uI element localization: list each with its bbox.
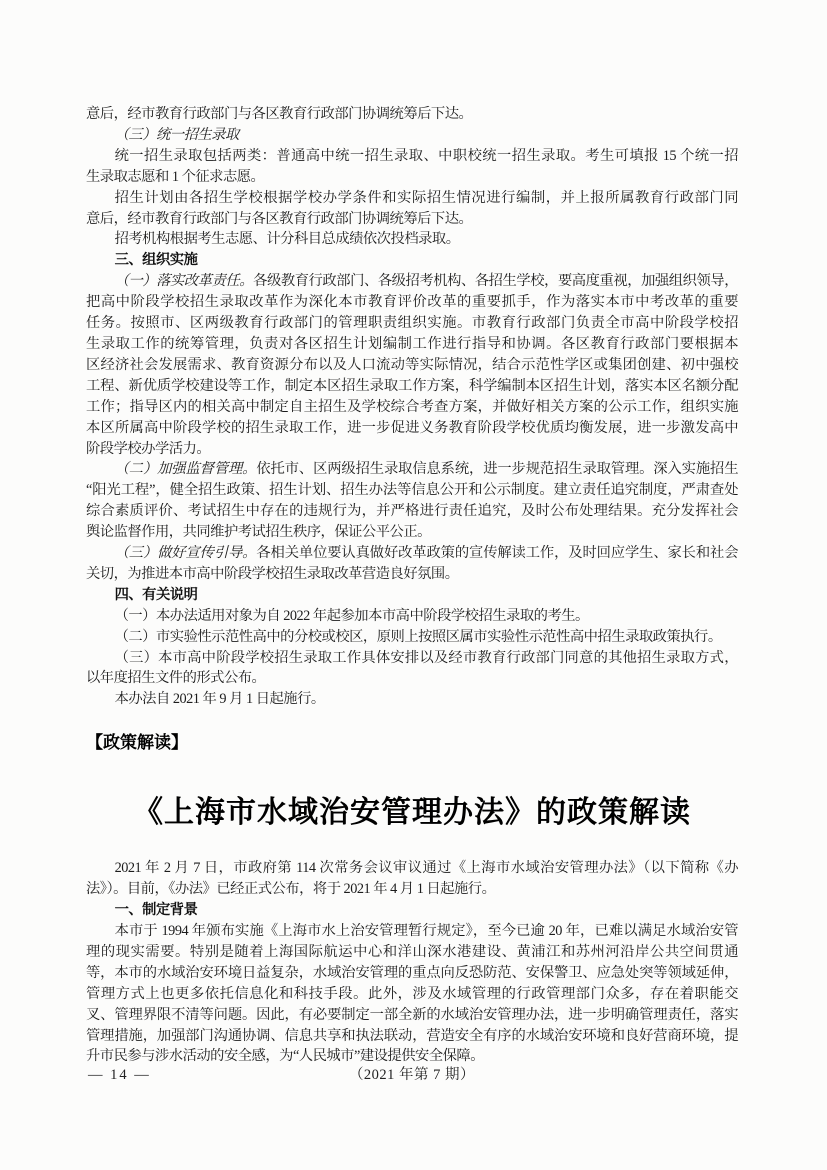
text-line: 综合素质评价、考试招生中存在的违规行为，并严格进行责任追究，及时公布处理结果。充… <box>86 501 738 522</box>
paragraph: 招考机构根据考生志愿、计分科目总成绩依次投档录取。 <box>86 229 738 250</box>
text-line: 意后，经市教育行政部门与各区教育行政部门协调统筹后下达。 <box>86 209 738 230</box>
page-number: — 14 — <box>88 1065 151 1086</box>
text-line: 管理措施，加强部门沟通协调、信息共享和执法联动，营造安全有序的水域治安环境和良好… <box>86 1026 738 1047</box>
text-line: （三）本市高中阶段学校招生录取工作具体安排以及经市教育行政部门同意的其他招生录取… <box>86 648 738 669</box>
paragraph: 一、制定背景 <box>86 900 738 921</box>
text-line: 法》）。目前，《办法》已经正式公布，将于 2021 年 4 月 1 日起施行。 <box>86 879 738 900</box>
paragraph: （一）落实改革责任。各级教育行政部门、各级招考机构、各招生学校，要高度重视，加强… <box>86 271 738 459</box>
text-line: 招考机构根据考生志愿、计分科目总成绩依次投档录取。 <box>86 229 738 250</box>
text-line: 生录取志愿和 1 个征求志愿。 <box>86 167 738 188</box>
paragraph: 2021 年 2 月 7 日，市政府第 114 次常务会议审议通过《上海市水域治… <box>86 858 738 900</box>
paragraph: 招生计划由各招生学校根据学校办学条件和实际招生情况进行编制，并上报所属教育行政部… <box>86 188 738 230</box>
text-line: 工作；指导区内的相关高中制定自主招生及学校综合考查方案，并做好相关方案的公示工作… <box>86 397 738 418</box>
document-page: 意后，经市教育行政部门与各区教育行政部门协调统筹后下达。（三）统一招生录取统一招… <box>0 0 827 1170</box>
text-line: 管理方式上也更多依托信息化和科技手段。此外，涉及水域管理的行政管理部门众多，存在… <box>86 984 738 1005</box>
text-line: 理的现实需要。特别是随着上海国际航运中心和洋山深水港建设、黄浦江和苏州河沿岸公共… <box>86 942 738 963</box>
text-line: 四、有关说明 <box>86 585 738 606</box>
text-line: （二）加强监督管理。依托市、区两级招生录取信息系统，进一步规范招生录取管理。深入… <box>86 459 738 480</box>
paragraph: 意后，经市教育行政部门与各区教育行政部门协调统筹后下达。 <box>86 104 738 125</box>
paragraph: （二）市实验性示范性高中的分校或校区，原则上按照区属市实验性示范性高中招生录取政… <box>86 627 738 648</box>
text-line: （二）市实验性示范性高中的分校或校区，原则上按照区属市实验性示范性高中招生录取政… <box>86 627 738 648</box>
paragraph: 本市于 1994 年颁布实施《上海市水上治安管理暂行规定》，至今已逾 20 年，… <box>86 921 738 1067</box>
text-line: 舆论监督作用，共同维护考试招生秩序，保证公平公正。 <box>86 522 738 543</box>
article-policy-interpretation: 《上海市水域治安管理办法》的政策解读 2021 年 2 月 7 日，市政府第 1… <box>86 795 738 1067</box>
text-line: 一、制定背景 <box>86 900 738 921</box>
text-line: 叉、管理界限不清等问题。因此，有必要制定一部全新的水域治安管理办法，进一步明确管… <box>86 1005 738 1026</box>
text-line: 生录取工作的统筹管理，负责对各区招生计划编制工作进行指导和协调。各区教育行政部门… <box>86 334 738 355</box>
kai-lead: （一）落实改革责任。 <box>115 273 254 289</box>
article-body: 2021 年 2 月 7 日，市政府第 114 次常务会议审议通过《上海市水域治… <box>86 858 738 1067</box>
text-line: 本办法自 2021 年 9 月 1 日起施行。 <box>86 689 738 710</box>
text-line: 统一招生录取包括两类：普通高中统一招生录取、中职校统一招生录取。考生可填报 15… <box>86 146 738 167</box>
article-enrollment-measures: 意后，经市教育行政部门与各区教育行政部门协调统筹后下达。（三）统一招生录取统一招… <box>86 104 738 710</box>
text-line: 工程、新优质学校建设等工作，制定本区招生录取工作方案，科学编制本区招生计划，落实… <box>86 376 738 397</box>
text-line: （一）落实改革责任。各级教育行政部门、各级招考机构、各招生学校，要高度重视，加强… <box>86 271 738 292</box>
text-line: 把高中阶段学校招生录取改革作为深化本市教育评价改革的重要抓手，作为落实本市中考改… <box>86 292 738 313</box>
text-line: 招生计划由各招生学校根据学校办学条件和实际招生情况进行编制，并上报所属教育行政部… <box>86 188 738 209</box>
text-line: 意后，经市教育行政部门与各区教育行政部门协调统筹后下达。 <box>86 104 738 125</box>
paragraph: 统一招生录取包括两类：普通高中统一招生录取、中职校统一招生录取。考生可填报 15… <box>86 146 738 188</box>
paragraph: （三）统一招生录取 <box>86 125 738 146</box>
paragraph: （三）本市高中阶段学校招生录取工作具体安排以及经市教育行政部门同意的其他招生录取… <box>86 648 738 690</box>
text-line: 2021 年 2 月 7 日，市政府第 114 次常务会议审议通过《上海市水域治… <box>86 858 738 879</box>
text-line: “阳光工程”，健全招生政策、招生计划、招生办法等信息公开和公示制度。建立责任追究… <box>86 480 738 501</box>
paragraph: （一）本办法适用对象为自 2022 年起参加本市高中阶段学校招生录取的考生。 <box>86 606 738 627</box>
kai-lead: （三）做好宣传引导。 <box>115 545 257 561</box>
text-line: 本区所属高中阶段学校的招生录取工作，进一步促进义务教育阶段学校优质均衡发展，进一… <box>86 418 738 439</box>
text-line: 等，本市的水域治安环境日益复杂，水域治安管理的重点向反恐防范、安保警卫、应急处突… <box>86 963 738 984</box>
text-line: 三、组织实施 <box>86 250 738 271</box>
kai-lead: （二）加强监督管理。 <box>115 461 257 477</box>
text-line: 本市于 1994 年颁布实施《上海市水上治安管理暂行规定》，至今已逾 20 年，… <box>86 921 738 942</box>
text-block: 意后，经市教育行政部门与各区教育行政部门协调统筹后下达。（三）统一招生录取统一招… <box>86 104 738 1067</box>
paragraph: 本办法自 2021 年 9 月 1 日起施行。 <box>86 689 738 710</box>
paragraph: 四、有关说明 <box>86 585 738 606</box>
text-line: 任务。按照市、区两级教育行政部门的管理职责组织实施。市教育行政部门负责全市高中阶… <box>86 313 738 334</box>
paragraph: （三）做好宣传引导。各相关单位要认真做好改革政策的宣传解读工作，及时回应学生、家… <box>86 543 738 585</box>
text-line: 阶段学校办学活力。 <box>86 439 738 460</box>
article-title: 《上海市水域治安管理办法》的政策解读 <box>86 795 738 831</box>
text-line: 关切，为推进本市高中阶段学校招生录取改革营造良好氛围。 <box>86 564 738 585</box>
text-line: （一）本办法适用对象为自 2022 年起参加本市高中阶段学校招生录取的考生。 <box>86 606 738 627</box>
text-line: （三）统一招生录取 <box>86 125 738 146</box>
paragraph: （二）加强监督管理。依托市、区两级招生录取信息系统，进一步规范招生录取管理。深入… <box>86 459 738 543</box>
issue-label: （2021 年第 7 期） <box>349 1067 475 1083</box>
text-line: （三）做好宣传引导。各相关单位要认真做好改革政策的宣传解读工作，及时回应学生、家… <box>86 543 738 564</box>
page-footer: — 14 — （2021 年第 7 期） <box>86 1065 738 1086</box>
paragraph: 三、组织实施 <box>86 250 738 271</box>
text-line: 区经济社会发展需求、教育资源分布以及人口流动等实际情况，结合示范性学区或集团创建… <box>86 355 738 376</box>
section-label-policy-interpretation: 【政策解读】 <box>86 731 738 755</box>
text-line: 以年度招生文件的形式公布。 <box>86 668 738 689</box>
